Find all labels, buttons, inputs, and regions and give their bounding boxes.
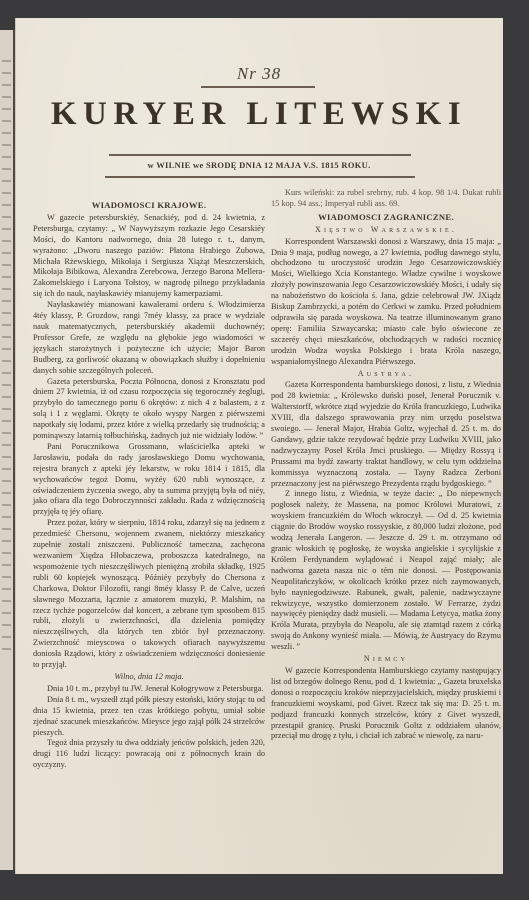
newspaper-title: KURYER LITEWSKI <box>15 96 503 133</box>
subsection-austria: Austrya. <box>271 369 501 380</box>
right-column: Kurs wileński: za rubel srebrny, rub. 4 … <box>271 188 501 742</box>
subsection-germany: Niemcy <box>271 654 501 665</box>
subsection-warsaw: Xięstwo Warszawskie. <box>271 225 501 236</box>
article-paragraph: Z innego listu, z Wiednia, w teyże dacie… <box>271 489 501 653</box>
article-paragraph: Pani Porucznikowa Grossmann, właścicielk… <box>33 442 265 518</box>
rule <box>109 154 411 156</box>
rule <box>105 176 415 178</box>
article-paragraph: W gazecie Korrespondenta Hamburskiego cz… <box>271 666 501 742</box>
issue-number: Nr 38 <box>15 64 503 84</box>
article-paragraph: Gazeta Korrespondenta hamburskiego donos… <box>271 380 501 489</box>
article-paragraph: Korrespondent Warszawski donosi z Warsza… <box>271 237 501 368</box>
section-heading-domestic: WIADOMOSCI KRAJOWE. <box>33 200 265 211</box>
article-paragraph: Gazeta petersburska, Poczta Północna, do… <box>33 377 265 442</box>
left-column: WIADOMOSCI KRAJOWE. W gazecie petersburs… <box>33 198 265 771</box>
article-paragraph: W gazecie petersburskiéy, Senackiéy, pod… <box>33 213 265 300</box>
article-paragraph: Tegoż dnia przyszły tu dwa oddziały jeńc… <box>33 738 265 771</box>
local-dateline: Wilno, dnia 12 maja. <box>33 672 265 683</box>
rule <box>201 86 315 88</box>
issue-dateline: w WILNIE we SRODĘ DNIA 12 MAJA V.S. 1815… <box>15 160 503 170</box>
article-paragraph: Dnia 8 t. m., wyszedł ztąd półk pieszy e… <box>33 695 265 739</box>
article-paragraph: Nayłaskawiéy mianowani kawalerami orderu… <box>33 300 265 376</box>
exchange-rates: Kurs wileński: za rubel srebrny, rub. 4 … <box>271 188 501 210</box>
section-heading-foreign: WIADOMOSCI ZAGRANICZNE. <box>271 212 501 223</box>
newspaper-page: Nr 38 KURYER LITEWSKI w WILNIE we SRODĘ … <box>15 18 503 874</box>
adjacent-page-edge <box>0 30 15 870</box>
article-paragraph: Przez pożar, który w sierpniu, 1814 roku… <box>33 518 265 671</box>
article-paragraph: Dnia 10 t. m., przybył tu JW. Jenerał Ko… <box>33 684 265 695</box>
